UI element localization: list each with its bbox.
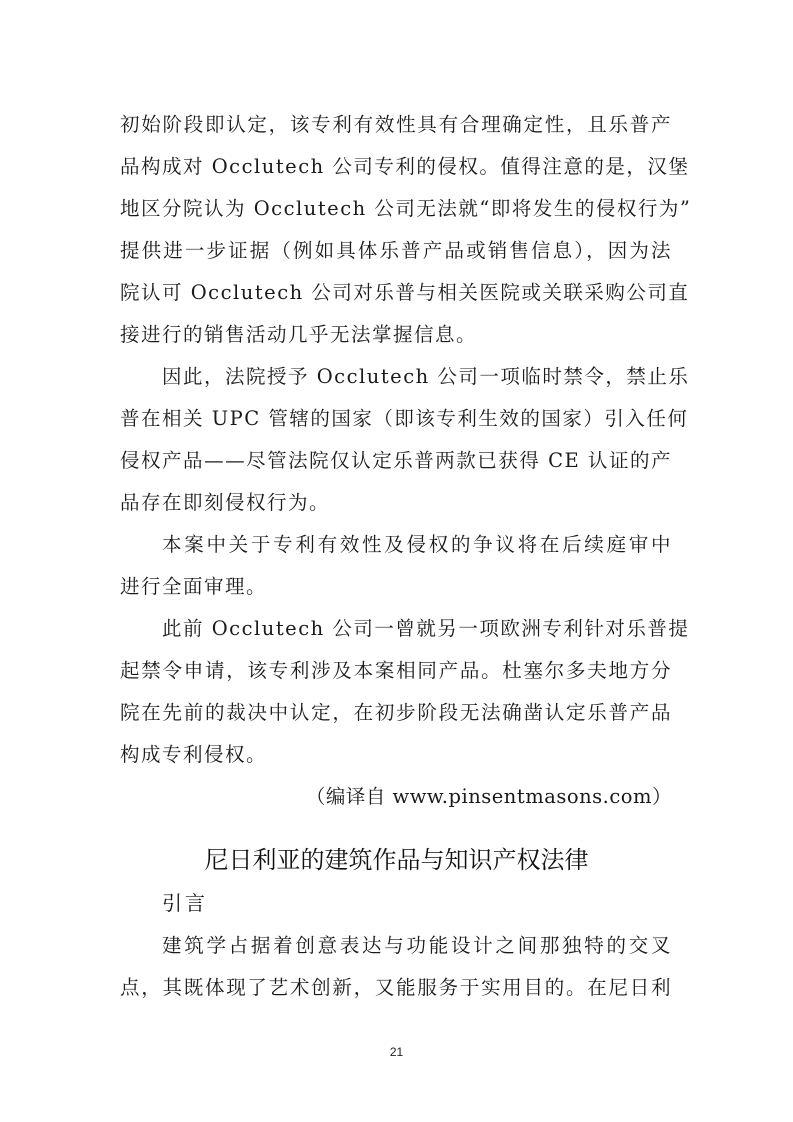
text-line: 提供进一步证据（例如具体乐普产品或销售信息），因为法: [120, 230, 672, 272]
article-title: 尼日利亚的建筑作品与知识产权法律: [0, 842, 793, 878]
text-line: 普在相关 UPC 管辖的国家（即该专利生效的国家）引入任何: [120, 398, 672, 440]
text-line: 此前 Occlutech 公司一曾就另一项欧洲专利针对乐普提: [120, 608, 672, 650]
text-line: 院在先前的裁决中认定，在初步阶段无法确凿认定乐普产品: [120, 692, 672, 734]
text-line: 进行全面审理。: [120, 566, 672, 608]
paragraph-3: 本案中关于专利有效性及侵权的争议将在后续庭审中 进行全面审理。: [120, 524, 672, 608]
text-line: 院认可 Occlutech 公司对乐普与相关医院或关联采购公司直: [120, 272, 672, 314]
text-line: 初始阶段即认定，该专利有效性具有合理确定性，且乐普产: [120, 104, 672, 146]
text-line: 品构成对 Occlutech 公司专利的侵权。值得注意的是，汉堡: [120, 146, 672, 188]
text-line: 品存在即刻侵权行为。: [120, 482, 672, 524]
text-line: 构成专利侵权。: [120, 734, 672, 776]
article-body-continued: 初始阶段即认定，该专利有效性具有合理确定性，且乐普产 品构成对 Occlutec…: [120, 104, 672, 818]
section-heading: 引言: [162, 887, 208, 919]
paragraph-1: 初始阶段即认定，该专利有效性具有合理确定性，且乐普产 品构成对 Occlutec…: [120, 104, 672, 356]
text-line: 建筑学占据着创意表达与功能设计之间那独特的交叉: [120, 925, 672, 967]
text-line: 接进行的销售活动几乎无法掌握信息。: [120, 314, 672, 356]
text-line: 起禁令申请，该专利涉及本案相同产品。杜塞尔多夫地方分: [120, 650, 672, 692]
text-line: 本案中关于专利有效性及侵权的争议将在后续庭审中: [120, 524, 672, 566]
text-line: 地区分院认为 Occlutech 公司无法就“即将发生的侵权行为”: [120, 188, 672, 230]
article-body: 建筑学占据着创意表达与功能设计之间那独特的交叉 点，其既体现了艺术创新，又能服务…: [120, 925, 672, 1009]
text-line: 侵权产品——尽管法院仅认定乐普两款已获得 CE 认证的产: [120, 440, 672, 482]
text-line: 点，其既体现了艺术创新，又能服务于实用目的。在尼日利: [120, 967, 672, 1009]
paragraph-4: 此前 Occlutech 公司一曾就另一项欧洲专利针对乐普提 起禁令申请，该专利…: [120, 608, 672, 776]
page-number: 21: [0, 1045, 793, 1059]
source-citation: （编译自 www.pinsentmasons.com）: [120, 776, 672, 818]
paragraph-2: 因此，法院授予 Occlutech 公司一项临时禁令，禁止乐 普在相关 UPC …: [120, 356, 672, 524]
text-line: 因此，法院授予 Occlutech 公司一项临时禁令，禁止乐: [120, 356, 672, 398]
